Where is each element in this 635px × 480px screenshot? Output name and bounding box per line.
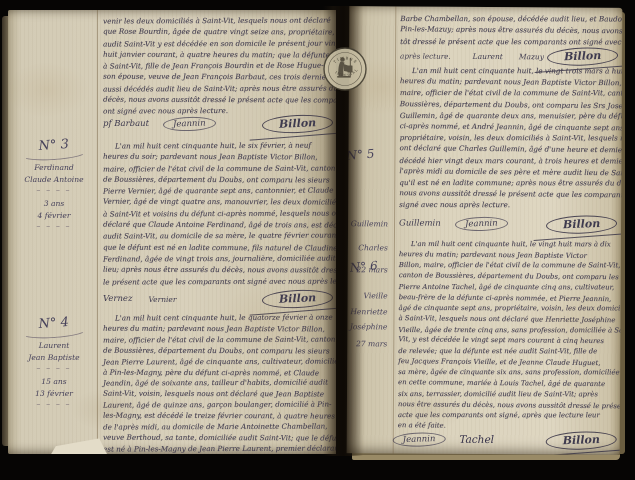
margin-rule [97,10,98,454]
manuscript-line: que Rose Bourdin, âgée de quatre vingt s… [103,26,333,38]
dash-rule: ‒ ‒ ‒ ‒ [14,400,94,409]
deceased-forenames: Charles [347,242,388,254]
death-act-4-text: L'an mil huit cent cinquante huit, le qu… [103,313,333,454]
signature-row: Vernez Vernier Billon [103,290,333,308]
manuscript-line: maire, officier de l'état civil de la co… [103,162,333,174]
deceased-surname: Laurent [14,340,94,352]
manuscript-line: tôt dressé le présent acte que les compa… [400,36,618,48]
dash-rule: ‒ ‒ ‒ ‒ [14,222,94,231]
manuscript-line: Jean Pierre Laurent, âgé de cinquante an… [103,356,333,368]
signature-laurent: Laurent [473,51,503,60]
page-fold [50,434,108,454]
margin-entry-4: N° 4 Laurent Jean Baptiste ‒ ‒ ‒ ‒ 15 an… [14,316,94,409]
death-date: 4 février [14,210,94,222]
signature-mazuy: Mazuy [519,52,544,61]
signature-barbaut: pf Barbaut [103,119,149,129]
signature-vernier: Vernier [148,295,176,304]
manuscript-line: Boussières, département du Doubs, ont co… [400,98,618,111]
signature-row: Guillemin Jeannin Billon [399,214,617,233]
signature-vernez: Vernez [103,294,132,304]
entry-number: N° 3 [13,135,94,163]
dash-rule: ‒ ‒ ‒ ‒ [14,186,94,195]
imperial-tax-stamp-icon: TIMBRE IMPERIAL [322,46,368,92]
scanned-register-spread: N° 3 Ferdinand Claude Antoine ‒ ‒ ‒ ‒ 3 … [0,0,635,480]
act-text-continuation: Barbe Chambellan, son épouse, décédée au… [400,12,618,47]
signature-jeannin: Jeannin [393,432,446,448]
signature-billon-mayor: Billon [546,214,618,235]
closing-words: après lecture. [400,51,451,60]
right-page: N° 5 Guillemin Charles 22 mars N° 6 Viei… [347,6,623,455]
death-act-6-text: L'an mil huit cent cinquante huit, le vi… [398,238,617,432]
deceased-surname: Ferdinand [14,162,94,174]
manuscript-line: de Boussières, département du Doubs, ont… [103,345,333,357]
manuscript-line: L'an mil huit cent cinquante huit, le vi… [399,239,617,250]
entry-number: N° 5 [347,147,375,164]
signature-billon-mayor: Billon [545,430,617,451]
manuscript-line: maire, officier de l'état civil de la co… [103,334,333,346]
deceased-age: 3 ans [14,198,94,210]
left-page: N° 3 Ferdinand Claude Antoine ‒ ‒ ‒ ‒ 3 … [8,10,336,454]
manuscript-line: signé avec nous après lecture. [399,199,617,211]
manuscript-line: maire, officier de l'état civil de la co… [400,87,618,99]
manuscript-line: de l'après midi, au domicile de Marie An… [103,422,333,434]
manuscript-line: est né à Pin-les-Magny de Jean Pierre La… [103,443,333,454]
manuscript-line: audit Saint-Vit, au domicile de sa mère,… [103,230,333,242]
deceased-forenames: Jean Baptiste [14,352,94,364]
deceased-surname: Vieille [347,290,388,302]
deceased-surname: Guillemin [347,218,388,230]
signature-billon-mayor: Billon [547,46,619,67]
deceased-forenames: Claude Antoine [14,174,94,186]
signature-row: après lecture. Laurent Mazuy Billon [400,46,618,65]
manuscript-line: Pin-les-Mazuy; après nous être assurés d… [400,23,618,36]
dash-rule: ‒ ‒ ‒ ‒ [14,364,94,373]
manuscript-line: que le défunt est né en ladite commune, … [103,241,333,253]
manuscript-line: six ans, terrassier, domicilié audit lie… [398,389,616,400]
manuscript-line: L'an mil huit cent cinquante huit, le qu… [103,312,333,324]
deceased-forenames: Joséphine [347,321,388,333]
death-date: 13 février [14,388,94,400]
signature-row: pf Barbaut Jeannin Billon [103,115,333,133]
manuscript-line: ont déclaré que Charles Guillemin, âgé d… [399,143,617,156]
signature-row: Jeannin Tachel Billon [393,430,617,449]
manuscript-line: heures du soir; pardevant nous Jean Bapt… [103,151,333,163]
deceased-age: 15 ans [14,376,94,388]
manuscript-line: audit Saint-Vit y est décédée en son dom… [103,37,333,49]
signature-tachel: Tachel [459,434,494,446]
manuscript-line: Vernier, âgé de vingt quatre ans, manouv… [103,196,333,208]
manuscript-line: le présent acte que les comparants ont s… [103,275,333,287]
signature-jeannin: Jeannin [455,216,508,232]
death-act-5-text: L'an mil huit cent cinquante huit, le vi… [399,64,618,211]
manuscript-line: son épouse, veuve de Jean François Barba… [103,71,333,83]
margin-entry-3: N° 3 Ferdinand Claude Antoine ‒ ‒ ‒ ‒ 3 … [14,138,94,231]
deceased-forenames: Henriette [347,306,388,318]
entry-number: N° 4 [13,313,94,341]
death-act-3-text: L'an mil huit cent cinquante huit, le si… [103,140,333,287]
signature-guillemin: Guillemin [399,218,441,228]
signature-billon-mayor: Billon [261,113,333,134]
manuscript-line: veuve Berthoud, sa tante, domiciliée aud… [103,433,333,445]
act-text-continuation: venir les deux domiciliés à Saint-Vit, l… [103,15,333,117]
death-date: 27 mars [347,338,388,350]
margin-rule [393,6,397,453]
manuscript-line: de relevée; que la défunte est née audit… [398,346,616,357]
manuscript-line: lieu; après nous être assurés du décès, … [103,264,333,276]
manuscript-line: Pierre Antoine Tachel, âgé de cinquante … [399,282,617,293]
manuscript-line: à Saint-Vit, lesquels nous ont déclaré q… [398,313,616,326]
signature-billon-mayor: Billon [261,288,333,309]
signature-jeannin: Jeannin [163,116,216,132]
manuscript-line: heures du matin; pardevant nous Jean Bap… [103,324,333,336]
